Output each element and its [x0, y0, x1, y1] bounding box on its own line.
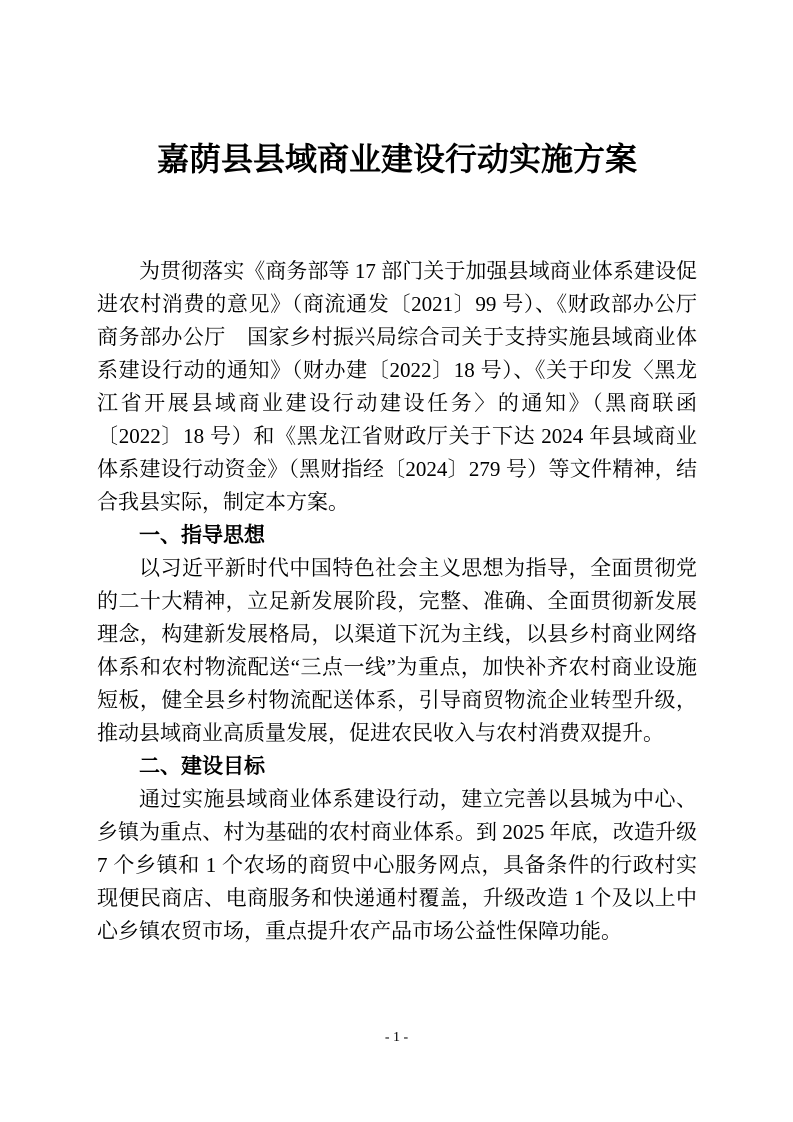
- paragraph-construction-goals: 通过实施县域商业体系建设行动，建立完善以县城为中心、乡镇为重点、村为基础的农村商…: [97, 783, 697, 948]
- section-heading-guiding-ideology: 一、指导思想: [97, 519, 697, 552]
- page-number: - 1 -: [0, 1028, 793, 1048]
- paragraph-preamble: 为贯彻落实《商务部等 17 部门关于加强县域商业体系建设促进农村消费的意见》（商…: [97, 255, 697, 519]
- paragraph-guiding-ideology: 以习近平新时代中国特色社会主义思想为指导，全面贯彻党的二十大精神，立足新发展阶段…: [97, 552, 697, 750]
- section-heading-construction-goals: 二、建设目标: [97, 750, 697, 783]
- document-page: 嘉荫县县域商业建设行动实施方案 为贯彻落实《商务部等 17 部门关于加强县域商业…: [0, 0, 793, 1122]
- document-title: 嘉荫县县域商业建设行动实施方案: [97, 139, 697, 179]
- document-content: 嘉荫县县域商业建设行动实施方案 为贯彻落实《商务部等 17 部门关于加强县域商业…: [97, 139, 697, 948]
